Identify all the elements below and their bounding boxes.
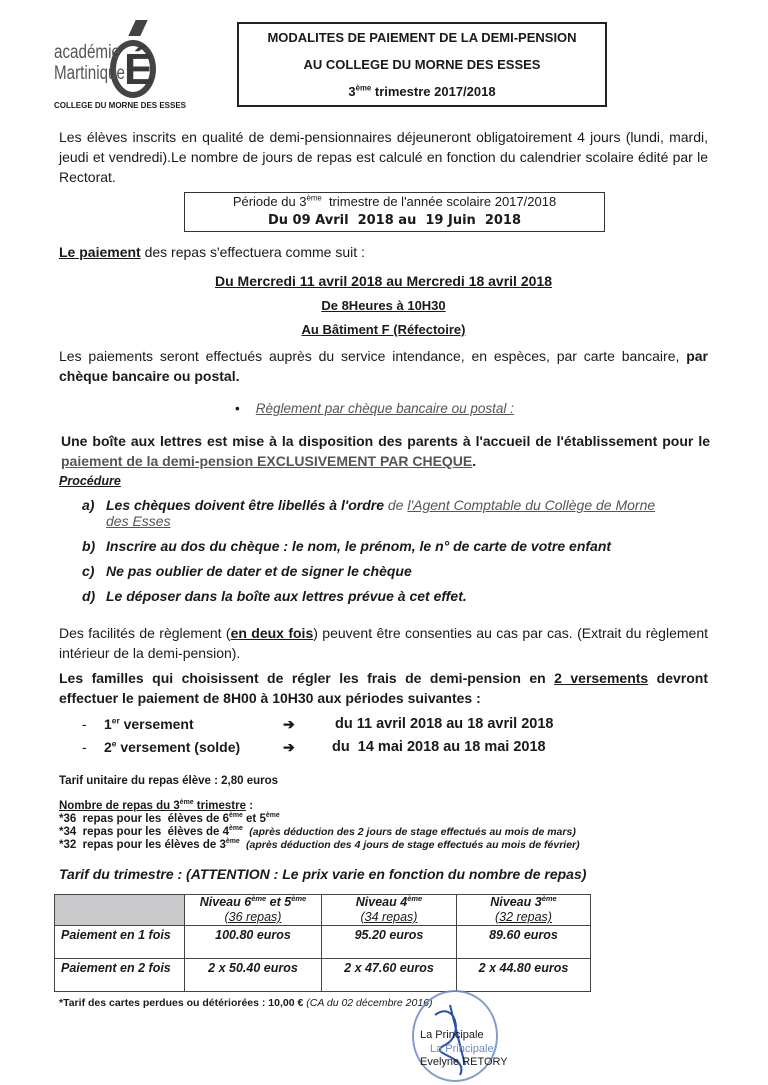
signature-role: La Principale [420, 1028, 484, 1042]
procedure-item-c: c)Ne pas oublier de dater et de signer l… [82, 563, 412, 579]
cheque-heading: •Règlement par chèque bancaire ou postal… [235, 401, 514, 416]
logo-text: académie Martinique [54, 42, 125, 84]
logo-line2: Martinique [54, 63, 125, 84]
procedure-item-d: d)Le déposer dans la boîte aux lettres p… [82, 588, 467, 604]
title-line3: 3ème trimestre 2017/2018 [239, 78, 605, 105]
table-cell: 95.20 euros [322, 926, 457, 959]
versement-2-dates: du 14 mai 2018 au 18 mai 2018 [332, 739, 546, 755]
logo-line1: académie [54, 42, 125, 63]
table-header-cell: Niveau 4ème(34 repas) [322, 895, 457, 926]
lost-cards-note: *Tarif des cartes perdues ou détériorées… [59, 997, 433, 1009]
versement-2: -2e versement (solde) [82, 739, 240, 755]
payment-hours: De 8Heures à 10H30 [59, 296, 708, 316]
families-paragraph: Les familles qui choisissent de régler l… [59, 668, 708, 708]
tarif-table: Niveau 6ème et 5ème(36 repas) Niveau 4èm… [54, 894, 591, 992]
logo-accent [128, 20, 147, 36]
college-name: COLLEGE DU MORNE DES ESSES [54, 101, 186, 110]
period-dates: Du 09 Avril 2018 au 19 Juin 2018 [185, 211, 604, 230]
meals-title: Nombre de repas du 3ème trimestre : [59, 800, 580, 813]
logo-letter: É [124, 48, 153, 92]
table-cell: 89.60 euros [457, 926, 591, 959]
table-cell: 2 x 50.40 euros [185, 959, 322, 992]
letterbox-notice: Une boîte aux lettres est mise à la disp… [61, 431, 710, 471]
procedure-item-a: a)Les chèques doivent être libellés à l'… [82, 497, 708, 529]
table-row: Paiement en 2 fois 2 x 50.40 euros 2 x 4… [55, 959, 591, 992]
unit-price: Tarif unitaire du repas élève : 2,80 eur… [59, 775, 278, 787]
title-line1: MODALITES DE PAIEMENT DE LA DEMI-PENSION [239, 24, 605, 51]
versement-1-dates: du 11 avril 2018 au 18 avril 2018 [335, 716, 553, 732]
arrow-icon: ➔ [283, 716, 295, 733]
meals-line-2: *34 repas pour les élèves de 4ème (après… [59, 826, 580, 839]
arrow-icon: ➔ [283, 739, 295, 756]
payment-dates: Du Mercredi 11 avril 2018 au Mercredi 18… [59, 271, 708, 291]
period-line1: Période du 3ème trimestre de l'année sco… [185, 193, 604, 211]
bullet-icon: • [235, 401, 240, 416]
meals-block: Nombre de repas du 3ème trimestre : *36 … [59, 800, 580, 852]
procedure-item-b: b)Inscrire au dos du chèque : le nom, le… [82, 538, 611, 554]
payment-place: Au Bâtiment F (Réfectoire) [59, 320, 708, 340]
row-label: Paiement en 2 fois [55, 959, 185, 992]
stamp-role: La Principale [430, 1043, 494, 1055]
meals-line-3: *32 repas pour les élèves de 3ème (après… [59, 839, 580, 852]
table-corner-cell [55, 895, 185, 926]
facilities-paragraph: Des facilités de règlement (en deux fois… [59, 623, 708, 663]
table-header-cell: Niveau 3ème(32 repas) [457, 895, 591, 926]
procedure-title: Procédure [59, 474, 121, 488]
tarif-title: Tarif du trimestre : (ATTENTION : Le pri… [59, 866, 586, 882]
intro-paragraph: Les élèves inscrits en qualité de demi-p… [59, 127, 708, 187]
payment-methods: Les paiements seront effectués auprès du… [59, 346, 708, 386]
table-header-cell: Niveau 6ème et 5ème(36 repas) [185, 895, 322, 926]
row-label: Paiement en 1 fois [55, 926, 185, 959]
title-box: MODALITES DE PAIEMENT DE LA DEMI-PENSION… [237, 22, 607, 107]
table-cell: 100.80 euros [185, 926, 322, 959]
academie-logo: É académie Martinique COLLEGE DU MORNE D… [44, 18, 194, 113]
signatory-name: Evelyne RETORY [420, 1055, 508, 1069]
table-row: Paiement en 1 fois 100.80 euros 95.20 eu… [55, 926, 591, 959]
period-box: Période du 3ème trimestre de l'année sco… [184, 192, 605, 232]
table-cell: 2 x 44.80 euros [457, 959, 591, 992]
title-line2: AU COLLEGE DU MORNE DES ESSES [239, 51, 605, 78]
meals-line-1: *36 repas pour les élèves de 6ème et 5èm… [59, 813, 580, 826]
table-header-row: Niveau 6ème et 5ème(36 repas) Niveau 4èm… [55, 895, 591, 926]
table-cell: 2 x 47.60 euros [322, 959, 457, 992]
payment-lead: Le paiement des repas s'effectuera comme… [59, 242, 708, 262]
versement-1: -1er versement [82, 716, 194, 732]
